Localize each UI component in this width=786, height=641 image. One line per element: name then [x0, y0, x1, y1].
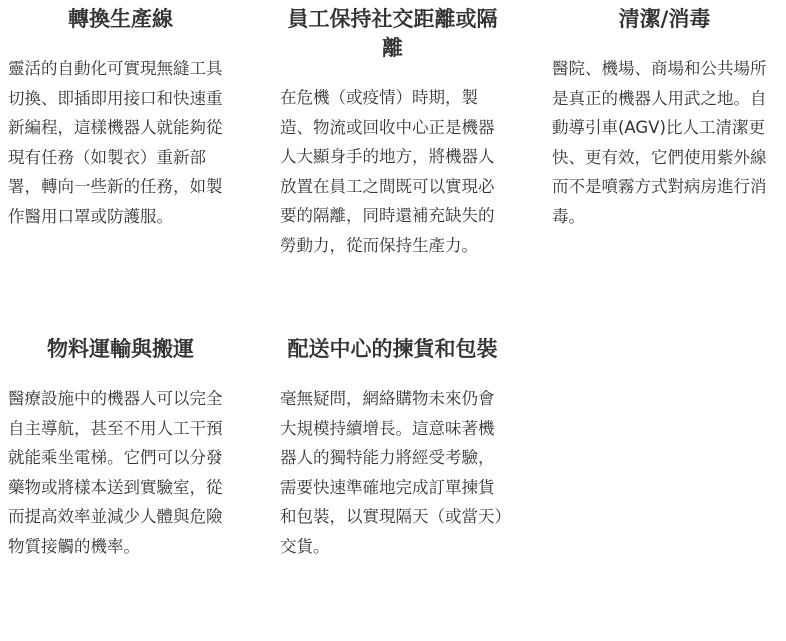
card-body: 醫院、機場、商場和公共場所是真正的機器人用武之地。自動導引車(AGV)比人工清潔…: [552, 54, 777, 231]
card-cleaning-disinfection: 清潔/消毒 醫院、機場、商場和公共場所是真正的機器人用武之地。自動導引車(AGV…: [552, 5, 777, 231]
card-material-transport: 物料運輸與搬運 醫療設施中的機器人可以完全自主導航，甚至不用人工干預就能乘坐電梯…: [8, 335, 233, 561]
card-body: 在危機（或疫情）時期，製造、物流或回收中心正是機器人大顯身手的地方，將機器人放置…: [280, 83, 505, 260]
card-body: 醫療設施中的機器人可以完全自主導航，甚至不用人工干預就能乘坐電梯。它們可以分發藥…: [8, 384, 233, 561]
card-title: 配送中心的揀貨和包裝: [280, 335, 505, 364]
card-social-distancing: 員工保持社交距離或隔離 在危機（或疫情）時期，製造、物流或回收中心正是機器人大顯…: [280, 5, 505, 260]
card-title: 物料運輸與搬運: [8, 335, 233, 364]
card-switch-production-line: 轉換生產線 靈活的自動化可實現無縫工具切換、即插即用接口和快速重新編程，這樣機器…: [8, 5, 233, 231]
card-body: 靈活的自動化可實現無縫工具切換、即插即用接口和快速重新編程，這樣機器人就能夠從現…: [8, 54, 233, 231]
card-title: 轉換生產線: [8, 5, 233, 34]
card-picking-packing: 配送中心的揀貨和包裝 毫無疑問，網絡購物未來仍會大規模持續增長。這意味著機器人的…: [280, 335, 505, 561]
card-title: 員工保持社交距離或隔離: [280, 5, 505, 63]
card-body: 毫無疑問，網絡購物未來仍會大規模持續增長。這意味著機器人的獨特能力將經受考驗，需…: [280, 384, 505, 561]
card-title: 清潔/消毒: [552, 5, 777, 34]
